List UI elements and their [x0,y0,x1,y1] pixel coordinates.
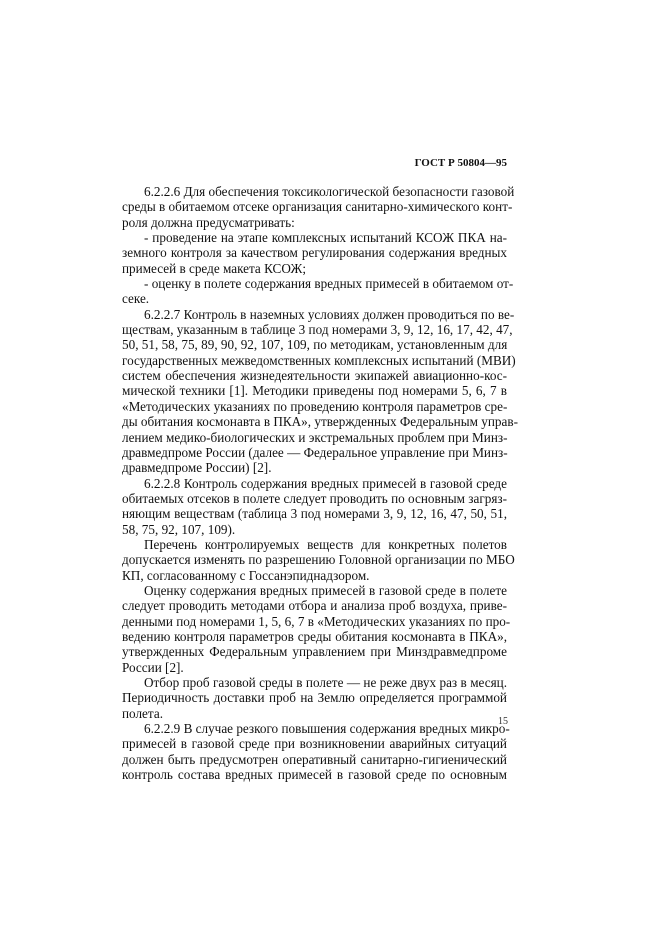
text-line: должен быть предусмотрен оперативный сан… [122,752,507,767]
text-line: государственных межведомственных комплек… [122,353,507,368]
text-line: земного контроля за качеством регулирова… [122,245,507,260]
text-line: полета. [122,706,507,721]
text-line: Периодичность доставки проб на Землю опр… [122,690,507,705]
text-line: примесей в газовой среде при возникновен… [122,736,507,751]
text-line: «Методических указаниях по проведению ко… [122,399,507,414]
text-line: Оценку содержания вредных примесей в газ… [122,583,507,598]
text-line: денными под номерами 1, 5, 6, 7 в «Метод… [122,614,507,629]
text-line: России [2]. [122,660,507,675]
text-line: 58, 75, 92, 107, 109). [122,522,507,537]
document-code-header: ГОСТ Р 50804—95 [415,157,507,169]
text-line: няющим веществам (таблица 3 под номерами… [122,506,507,521]
text-line: дравмедпроме России (далее — Федеральное… [122,445,507,460]
text-line: ды обитания космонавта в ПКА», утвержден… [122,414,507,429]
text-line: лением медико-биологических и экстремаль… [122,430,507,445]
text-line: 50, 51, 58, 75, 89, 90, 92, 107, 109, по… [122,337,507,352]
text-line: обитаемых отсеков в полете следует прово… [122,491,507,506]
text-line: ществам, указанным в таблице 3 под номер… [122,322,507,337]
text-line: секе. [122,291,507,306]
text-line: следует проводить методами отбора и анал… [122,598,507,613]
text-line: примесей в среде макета КСОЖ; [122,261,507,276]
body-text: 6.2.2.6 Для обеспечения токсикологическо… [122,184,507,782]
text-line: ведению контроля параметров среды обитан… [122,629,507,644]
text-line: 6.2.2.9 В случае резкого повышения содер… [122,721,507,736]
text-line: среды в обитаемом отсеке организация сан… [122,199,507,214]
text-line: допускается изменять по разрешению Голов… [122,552,507,567]
text-line: дравмедпроме России) [2]. [122,460,507,475]
page-number: 15 [498,716,508,727]
text-line: - проведение на этапе комплексных испыта… [122,230,507,245]
text-line: систем обеспечения жизнедеятельности эки… [122,368,507,383]
text-line: КП, согласованному с Госсанэпиднадзором. [122,568,507,583]
text-line: 6.2.2.7 Контроль в наземных условиях дол… [122,307,507,322]
text-line: роля должна предусматривать: [122,215,507,230]
text-line: контроль состава вредных примесей в газо… [122,767,507,782]
text-line: утвержденных Федеральным управлением при… [122,644,507,659]
text-line: мической техники [1]. Методики приведены… [122,383,507,398]
text-line: - оценку в полете содержания вредных при… [122,276,507,291]
text-line: 6.2.2.8 Контроль содержания вредных прим… [122,476,507,491]
text-line: Перечень контролируемых веществ для конк… [122,537,507,552]
text-line: Отбор проб газовой среды в полете — не р… [122,675,507,690]
text-line: 6.2.2.6 Для обеспечения токсикологическо… [122,184,507,199]
